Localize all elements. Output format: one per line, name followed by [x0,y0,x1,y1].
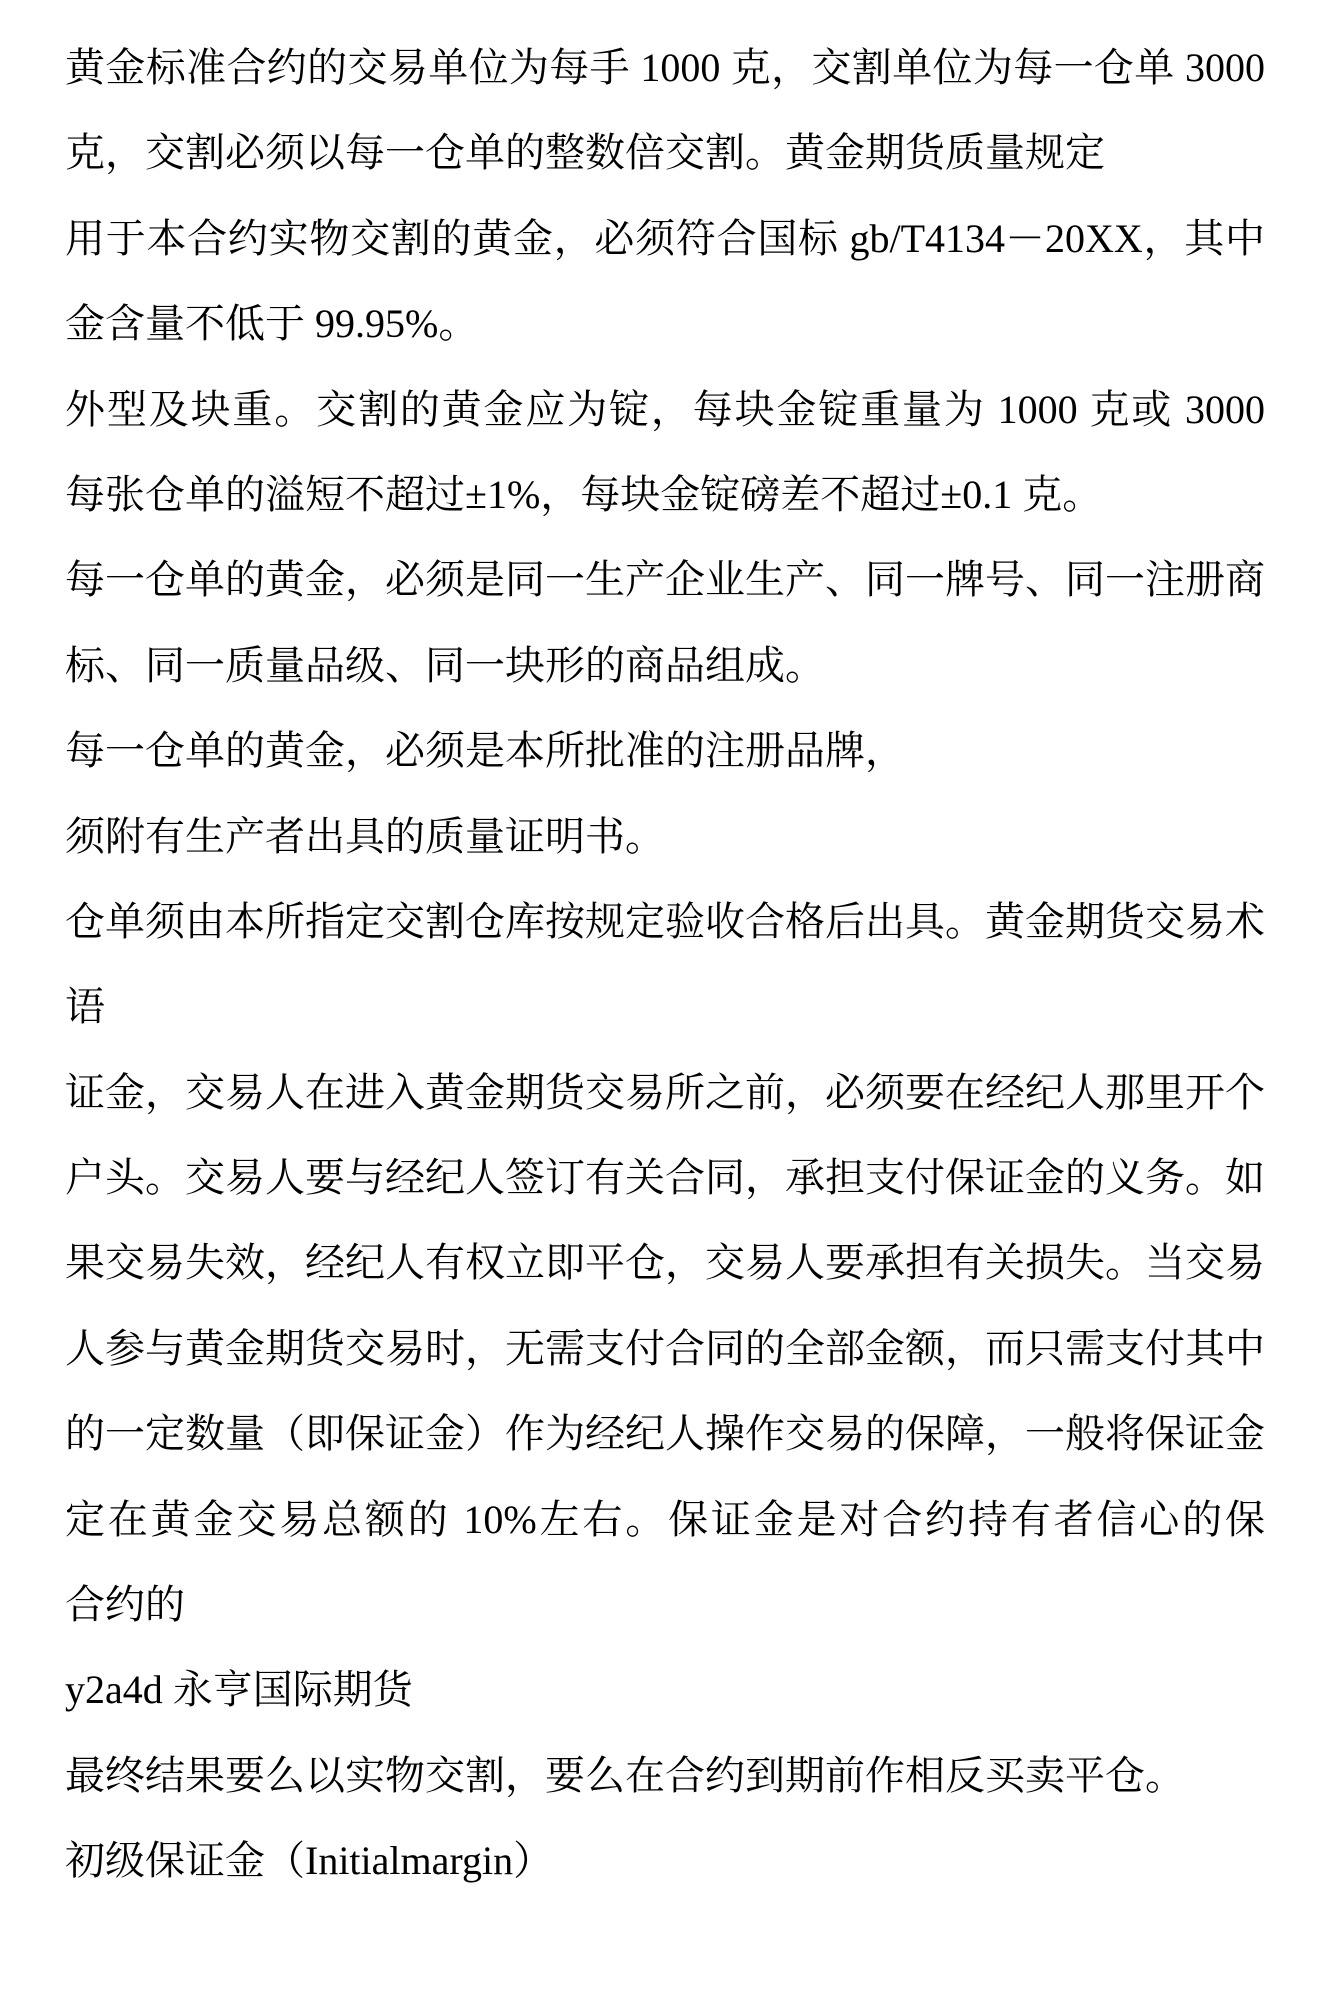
text-line: 户头。交易人要与经纪人签订有关合同，承担支付保证金的义务。如 [65,1135,1265,1220]
text-line: 每张仓单的溢短不超过±1%，每块金锭磅差不超过±0.1 克。 [65,452,1265,537]
text-line: 外型及块重。交割的黄金应为锭，每块金锭重量为 1000 克或 3000 克。 [65,367,1265,452]
text-line: 的一定数量（即保证金）作为经纪人操作交易的保障，一般将保证金 [65,1391,1265,1476]
text-line: 克，交割必须以每一仓单的整数倍交割。黄金期货质量规定 [65,110,1265,195]
text-line: 每一仓单的黄金，必须是同一生产企业生产、同一牌号、同一注册商 [65,537,1265,622]
text-line: 每一仓单的黄金，必须是本所批准的注册品牌， [65,708,1265,793]
text-line: y2a4d 永亨国际期货 [65,1647,1265,1732]
text-line: 标、同一质量品级、同一块形的商品组成。 [65,623,1265,708]
text-line: 仓单须由本所指定交割仓库按规定验收合格后出具。黄金期货交易术 [65,879,1265,964]
text-line: 黄金标准合约的交易单位为每手 1000 克，交割单位为每一仓单 3000 [65,25,1265,110]
text-line: 人参与黄金期货交易时，无需支付合同的全部金额，而只需支付其中 [65,1306,1265,1391]
text-line: 金含量不低于 99.95%。 [65,281,1265,366]
text-line: 语 [65,964,1265,1049]
text-line: 果交易失效，经纪人有权立即平仓，交易人要承担有关损失。当交易 [65,1220,1265,1305]
text-line: 初级保证金（Initialmargin） [65,1818,1265,1903]
text-line: 定在黄金交易总额的 10%左右。保证金是对合约持有者信心的保证， [65,1477,1265,1562]
text-line: 最终结果要么以实物交割，要么在合约到期前作相反买卖平仓。 [65,1733,1265,1818]
text-line: 证金，交易人在进入黄金期货交易所之前，必须要在经纪人那里开个 [65,1050,1265,1135]
text-line: 须附有生产者出具的质量证明书。 [65,794,1265,879]
text-line: 用于本合约实物交割的黄金，必须符合国标 gb/T4134－20XX，其中 [65,196,1265,281]
text-line: 合约的 [65,1562,1265,1647]
document-page: 黄金标准合约的交易单位为每手 1000 克，交割单位为每一仓单 3000 克，交… [0,0,1323,1995]
